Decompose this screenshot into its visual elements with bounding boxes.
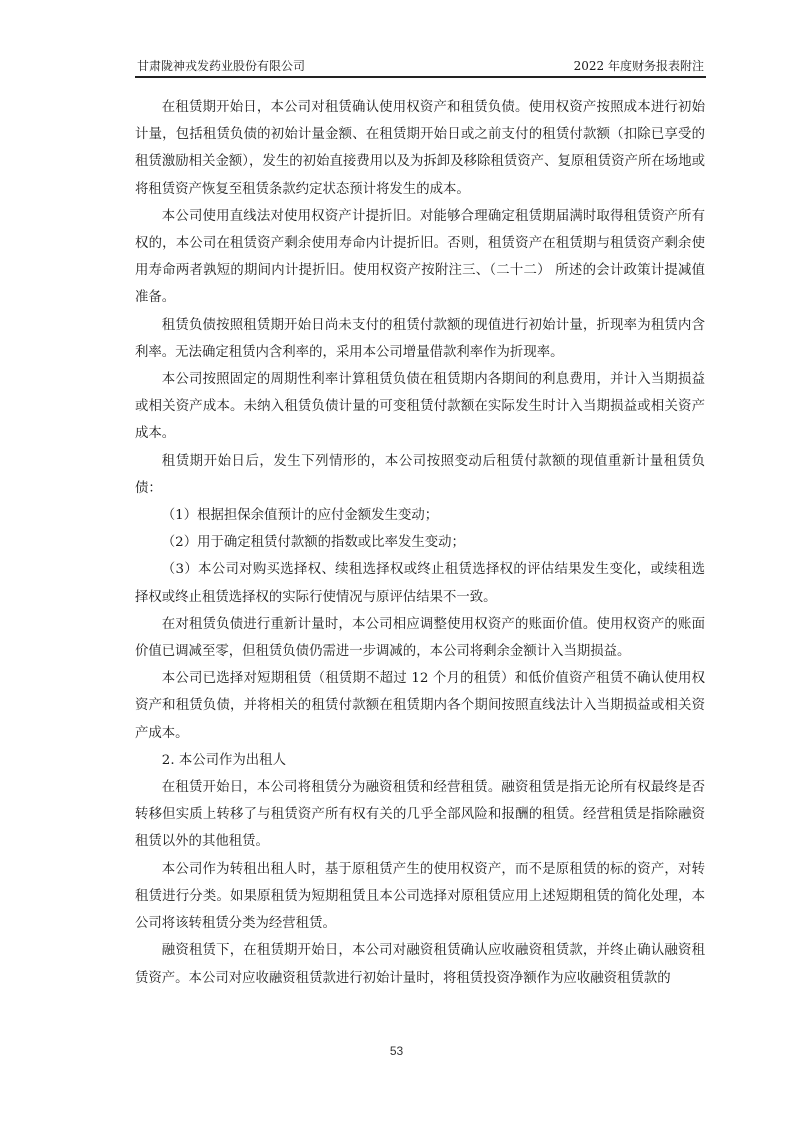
paragraph-depreciation: 本公司使用直线法对使用权资产计提折旧。对能够合理确定租赁期届满时取得租赁资产所有… xyxy=(135,203,705,312)
list-item-1: （1）根据担保余值预计的应付金额发生变动； xyxy=(135,502,705,529)
paragraph-remeasurement-adjustment: 在对租赁负债进行重新计量时，本公司相应调整使用权资产的账面价值。使用权资产的账面… xyxy=(135,611,705,665)
page-header: 甘肃陇神戎发药业股份有限公司 2022 年度财务报表附注 xyxy=(135,56,706,78)
paragraph-short-term-lease: 本公司已选择对短期租赁（租赁期不超过 12 个月的租赁）和低价值资产租赁不确认使… xyxy=(135,665,705,747)
paragraph-sublease: 本公司作为转租出租人时，基于原租赁产生的使用权资产，而不是原租赁的标的资产，对转… xyxy=(135,856,705,938)
list-item-3: （3）本公司对购买选择权、续租选择权或终止租赁选择权的评估结果发生变化，或续租选… xyxy=(135,556,705,610)
section-heading-lessor: 2. 本公司作为出租人 xyxy=(135,747,705,774)
paragraph-remeasurement-conditions: 租赁期开始日后，发生下列情形的，本公司按照变动后租赁付款额的现值重新计量租赁负债… xyxy=(135,448,705,502)
document-body: 在租赁期开始日，本公司对租赁确认使用权资产和租赁负债。使用权资产按照成本进行初始… xyxy=(135,94,705,992)
report-title: 2022 年度财务报表附注 xyxy=(574,57,704,75)
paragraph-lease-liability-measurement: 租赁负债按照租赁期开始日尚未支付的租赁付款额的现值进行初始计量，折现率为租赁内含… xyxy=(135,312,705,366)
company-name: 甘肃陇神戎发药业股份有限公司 xyxy=(137,57,305,75)
paragraph-lessee-initial-recognition: 在租赁期开始日，本公司对租赁确认使用权资产和租赁负债。使用权资产按照成本进行初始… xyxy=(135,94,705,203)
paragraph-interest-expense: 本公司按照固定的周期性利率计算租赁负债在租赁期内各期间的利息费用，并计入当期损益… xyxy=(135,366,705,448)
paragraph-lease-classification: 在租赁开始日，本公司将租赁分为融资租赁和经营租赁。融资租赁是指无论所有权最终是否… xyxy=(135,774,705,856)
list-item-2: （2）用于确定租赁付款额的指数或比率发生变动； xyxy=(135,529,705,556)
paragraph-finance-lease: 融资租赁下，在租赁期开始日，本公司对融资租赁确认应收融资租赁款，并终止确认融资租… xyxy=(135,937,705,991)
page-number: 53 xyxy=(0,1044,793,1058)
